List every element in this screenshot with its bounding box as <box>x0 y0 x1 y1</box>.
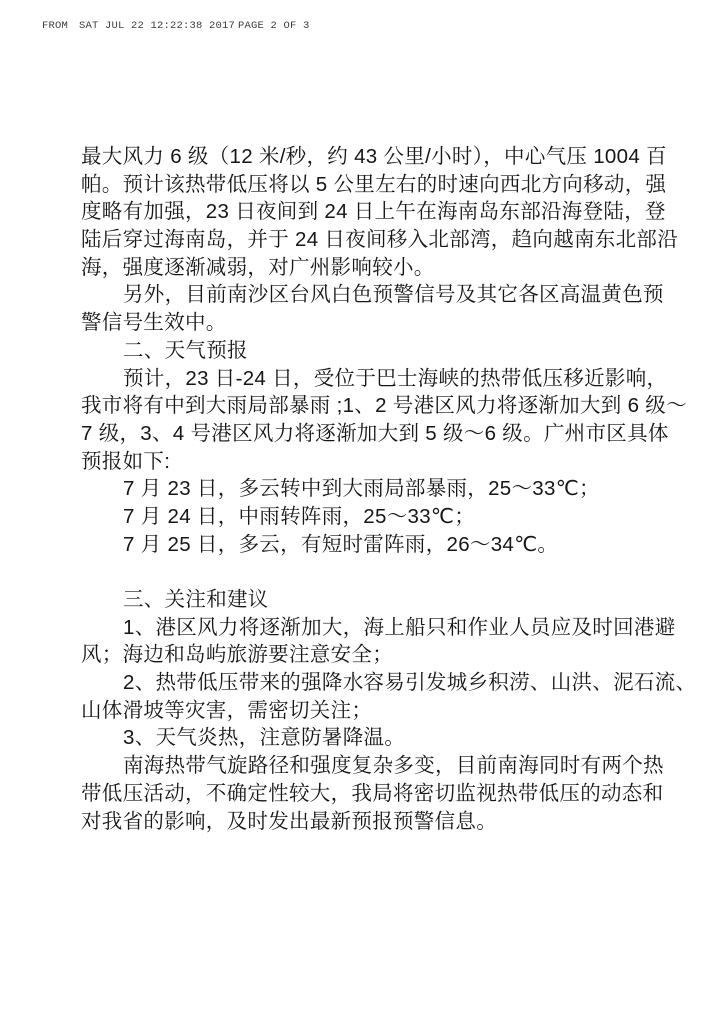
text-line: 另外，目前南沙区台风白色预警信号及其它各区高温黄色预 <box>81 281 656 309</box>
forecast-jul24: 7 月 24 日，中雨转阵雨，25～33℃； <box>81 503 656 531</box>
document-body: 最大风力 6 级（12 米/秒，约 43 公里/小时），中心气压 1004 百 … <box>81 143 656 835</box>
section-heading-attention-advice: 三、关注和建议 <box>81 586 656 614</box>
text-line: 带低压活动，不确定性较大，我局将密切监视热带低压的动态和 <box>81 780 656 808</box>
text-line: 南海热带气旋路径和强度复杂多变，目前南海同时有两个热 <box>81 752 656 780</box>
text-line: 1、港区风力将逐渐加大，海上船只和作业人员应及时回港避 <box>81 614 656 642</box>
text-line: 3、天气炎热，注意防暑降温。 <box>81 724 656 752</box>
fax-page-indicator: PAGE 2 OF 3 <box>238 20 310 32</box>
text-line: 预计，23 日-24 日，受位于巴士海峡的热带低压移近影响， <box>81 365 656 393</box>
forecast-jul25: 7 月 25 日，多云，有短时雷阵雨，26～34℃。 <box>81 531 656 559</box>
fax-timestamp: SAT JUL 22 12:22:38 2017 <box>79 20 235 32</box>
text-line: 最大风力 6 级（12 米/秒，约 43 公里/小时），中心气压 1004 百 <box>81 143 656 171</box>
text-line: 对我省的影响，及时发出最新预报预警信息。 <box>81 808 656 836</box>
blank-line <box>81 558 656 586</box>
text-line: 海，强度逐渐减弱，对广州影响较小。 <box>81 254 656 282</box>
text-line: 帕。预计该热带低压将以 5 公里左右的时速向西北方向移动，强 <box>81 171 656 199</box>
fax-header: FROM SAT JUL 22 12:22:38 2017 PAGE 2 OF … <box>0 20 718 34</box>
text-line: 预报如下: <box>81 448 656 476</box>
fax-page: FROM SAT JUL 22 12:22:38 2017 PAGE 2 OF … <box>0 0 718 1015</box>
text-line: 风；海边和岛屿旅游要注意安全； <box>81 641 656 669</box>
text-line: 度略有加强，23 日夜间到 24 日上午在海南岛东部沿海登陆，登 <box>81 198 656 226</box>
text-line: 2、热带低压带来的强降水容易引发城乡积涝、山洪、泥石流、 <box>81 669 656 697</box>
fax-from-label: FROM <box>42 20 68 32</box>
forecast-jul23: 7 月 23 日，多云转中到大雨局部暴雨，25～33℃； <box>81 475 656 503</box>
text-line: 7 级，3、4 号港区风力将逐渐加大到 5 级～6 级。广州市区具体 <box>81 420 656 448</box>
text-line: 山体滑坡等灾害，需密切关注； <box>81 697 656 725</box>
text-line: 我市将有中到大雨局部暴雨 ;1、2 号港区风力将逐渐加大到 6 级～ <box>81 392 656 420</box>
section-heading-weather-forecast: 二、天气预报 <box>81 337 656 365</box>
text-line: 警信号生效中。 <box>81 309 656 337</box>
text-line: 陆后穿过海南岛，并于 24 日夜间移入北部湾，趋向越南东北部沿 <box>81 226 656 254</box>
